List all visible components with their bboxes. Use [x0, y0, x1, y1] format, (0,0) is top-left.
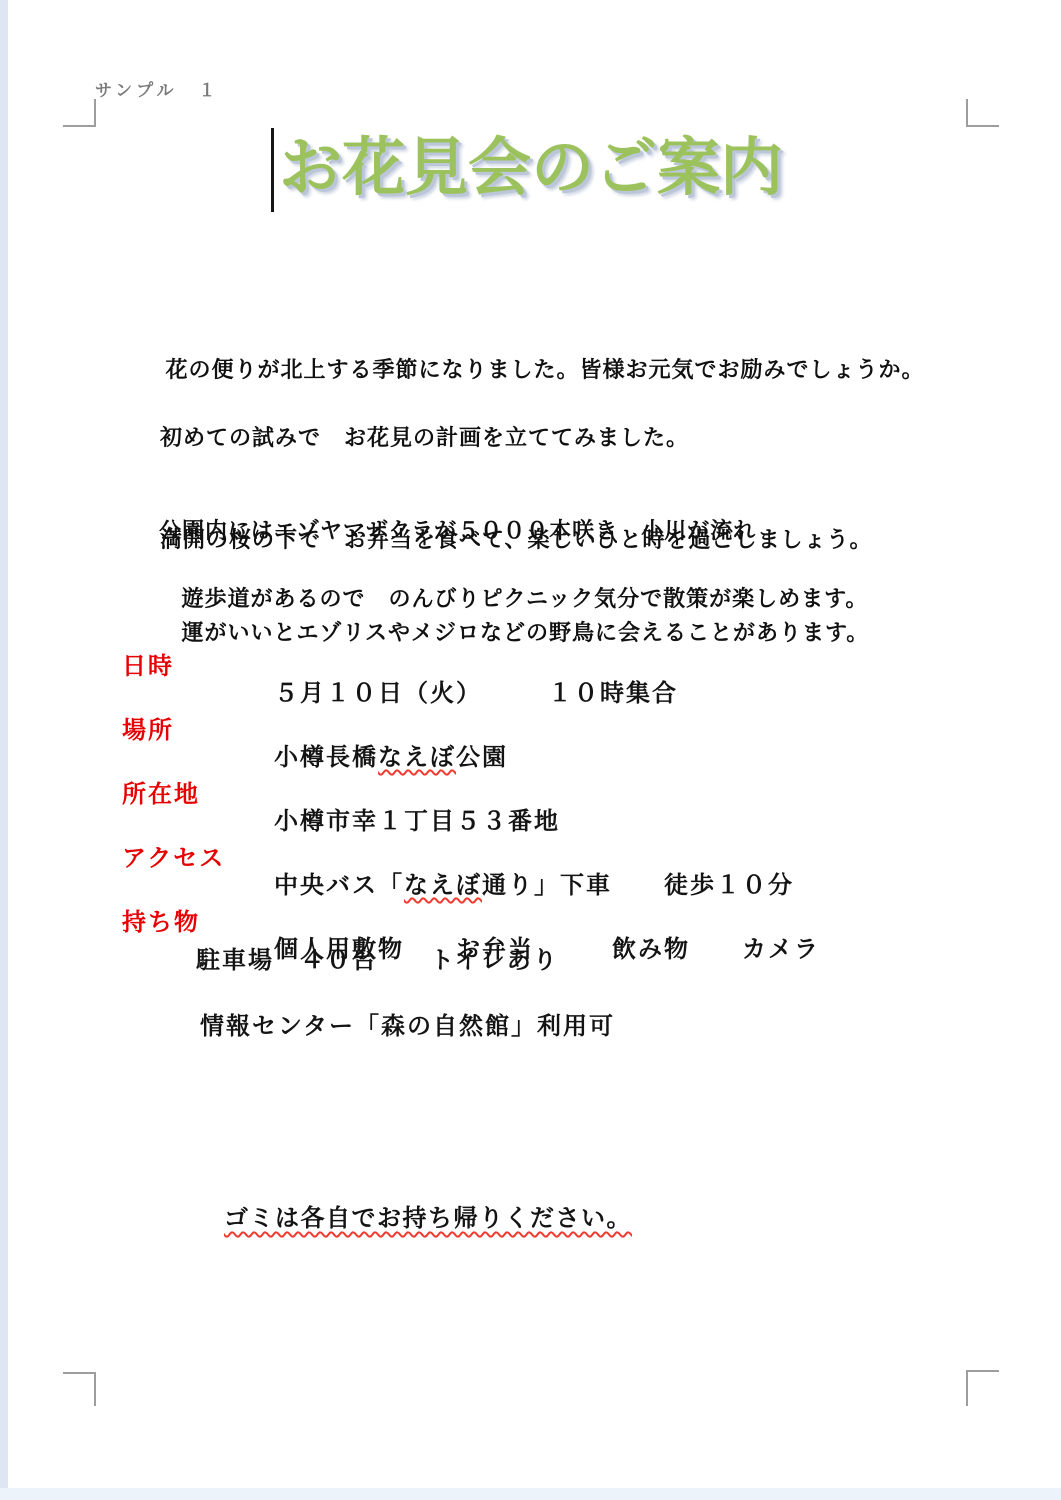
crop-mark-top-left: [63, 99, 96, 127]
text-cursor: [271, 128, 274, 212]
parking-info-line: 駐車場 ４０台 トイレあり: [196, 948, 559, 974]
field-label: 所在地: [122, 782, 200, 808]
info-row-datetime: 日時 ５月１０日（火） １０時集合: [0, 628, 1061, 658]
crop-mark-bottom-left: [63, 1372, 96, 1406]
field-label: 持ち物: [122, 910, 200, 936]
footer-note: ゴミは各自でお持ち帰りください。: [224, 1198, 632, 1233]
info-row-access: アクセス 中央バス「なえぼ通り」下車 徒歩１０分: [0, 820, 1061, 850]
document-title: お花見会のご案内: [279, 132, 783, 204]
sample-header-label: サンプル １: [95, 76, 219, 101]
crop-mark-top-right: [966, 99, 999, 127]
info-row-place: 場所 小樽長橋なえぼ公園: [0, 692, 1061, 722]
window-bottom-edge: [0, 1488, 1061, 1500]
intro-line: 遊歩道があるので のんびりピクニック気分で散策が楽しめます。: [181, 586, 868, 611]
info-row-belongings: 持ち物 個人用敷物 お弁当 飲み物 カメラ: [0, 884, 1061, 914]
intro-line: 花の便りが北上する季節になりました。皆様お元気でお励みでしょうか。: [165, 357, 924, 382]
info-center-line: 情報センター「森の自然館」利用可: [200, 1014, 615, 1040]
document-page[interactable]: サンプル １ お花見会のご案内 花の便りが北上する季節になりました。皆様お元気で…: [0, 0, 1061, 1500]
crop-mark-bottom-right: [966, 1370, 999, 1406]
field-label: 日時: [122, 654, 174, 680]
intro-line: 公園内にはエゾヤマザクラが５０００本咲き 小川が流れ: [153, 514, 869, 548]
field-label: 場所: [122, 718, 174, 744]
info-row-address: 所在地 小樽市幸１丁目５３番地: [0, 756, 1061, 786]
field-label: アクセス: [122, 846, 225, 872]
